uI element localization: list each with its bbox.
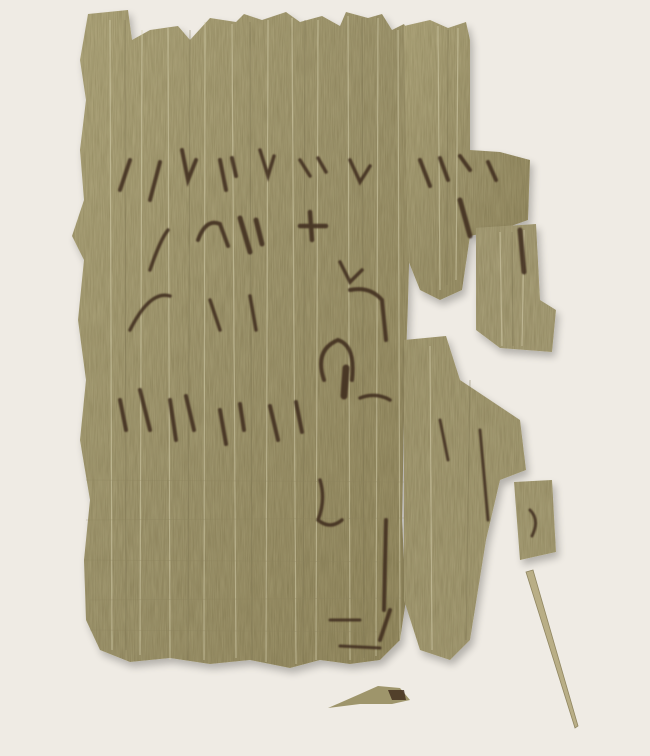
photo-stage: Ancient papyrus fragment with faded dark… [0, 0, 650, 756]
right-lower-pieces [404, 336, 556, 660]
right-middle-piece [476, 224, 556, 352]
papyrus-illustration [0, 0, 650, 756]
loose-fiber-strand [526, 570, 578, 728]
